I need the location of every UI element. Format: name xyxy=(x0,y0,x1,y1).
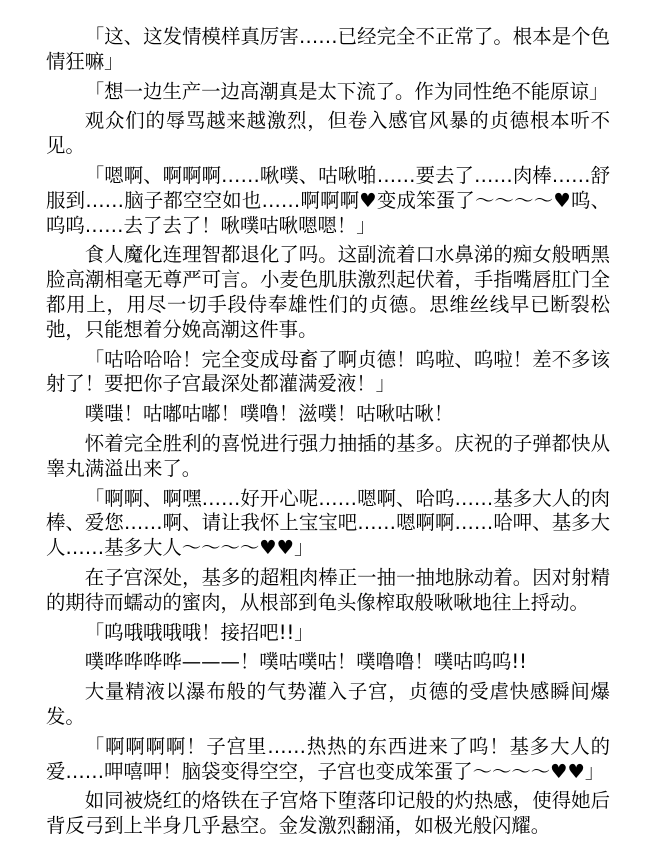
novel-text-page: 「这、这发情模样真厉害……已经完全不正常了。根本是个色情狂嘛」 「想一边生产一边… xyxy=(0,0,650,850)
dialogue-paragraph-2: 「想一边生产一边高潮真是太下流了。作为同性绝不能原谅」 xyxy=(46,80,610,105)
dialogue-paragraph-5: 「啊啊、啊嘿……好开心呢……嗯啊、哈呜……基多大人的肉棒、爱您……啊、请让我怀上… xyxy=(46,487,610,561)
dialogue-paragraph-3: 「嗯啊、啊啊啊……啾噗、咕啾啪……要去了……肉棒……舒服到……脑子都空空如也……… xyxy=(46,164,610,238)
narration-paragraph-2: 食人魔化连理智都退化了吗。这副流着口水鼻涕的痴女般晒黑脸高潮相毫无尊严可言。小麦… xyxy=(46,243,610,342)
dialogue-paragraph-7: 「啊啊啊啊！子宫里……热热的东西进来了呜！基多大人的爱……呷嘻呷！脑袋变得空空，… xyxy=(46,735,610,785)
sfx-paragraph-1: 噗嗤！咕嘟咕嘟！噗噜！滋噗！咕啾咕啾！ xyxy=(46,402,610,427)
narration-paragraph-6: 如同被烧红的烙铁在子宫烙下堕落印记般的灼热感，使得她后背反弓到上半身几乎悬空。金… xyxy=(46,789,610,839)
narration-paragraph-1: 观众们的辱骂越来越激烈，但卷入感官风暴的贞德根本听不见。 xyxy=(46,109,610,159)
dialogue-paragraph-4: 「咕哈哈哈！完全变成母畜了啊贞德！呜啦、呜啦！差不多该射了！要把你子宫最深处都灌… xyxy=(46,348,610,398)
sfx-paragraph-2: 噗哗哗哗哗———！噗咕噗咕！噗噜噜！噗咕呜呜!! xyxy=(46,650,610,675)
novel-reader-body: { "page": { "background_color": "#ffffff… xyxy=(0,0,650,850)
dialogue-paragraph-6: 「呜哦哦哦哦！接招吧!!」 xyxy=(46,621,610,646)
dialogue-paragraph-1: 「这、这发情模样真厉害……已经完全不正常了。根本是个色情狂嘛」 xyxy=(46,25,610,75)
narration-paragraph-3: 怀着完全胜利的喜悦进行强力抽插的基多。庆祝的子弹都快从睾丸满溢出来了。 xyxy=(46,432,610,482)
narration-paragraph-4: 在子宫深处，基多的超粗肉棒正一抽一抽地脉动着。因对射精的期待而蠕动的蜜肉，从根部… xyxy=(46,566,610,616)
narration-paragraph-5: 大量精液以瀑布般的气势灌入子宫，贞德的受虐快感瞬间爆发。 xyxy=(46,680,610,730)
